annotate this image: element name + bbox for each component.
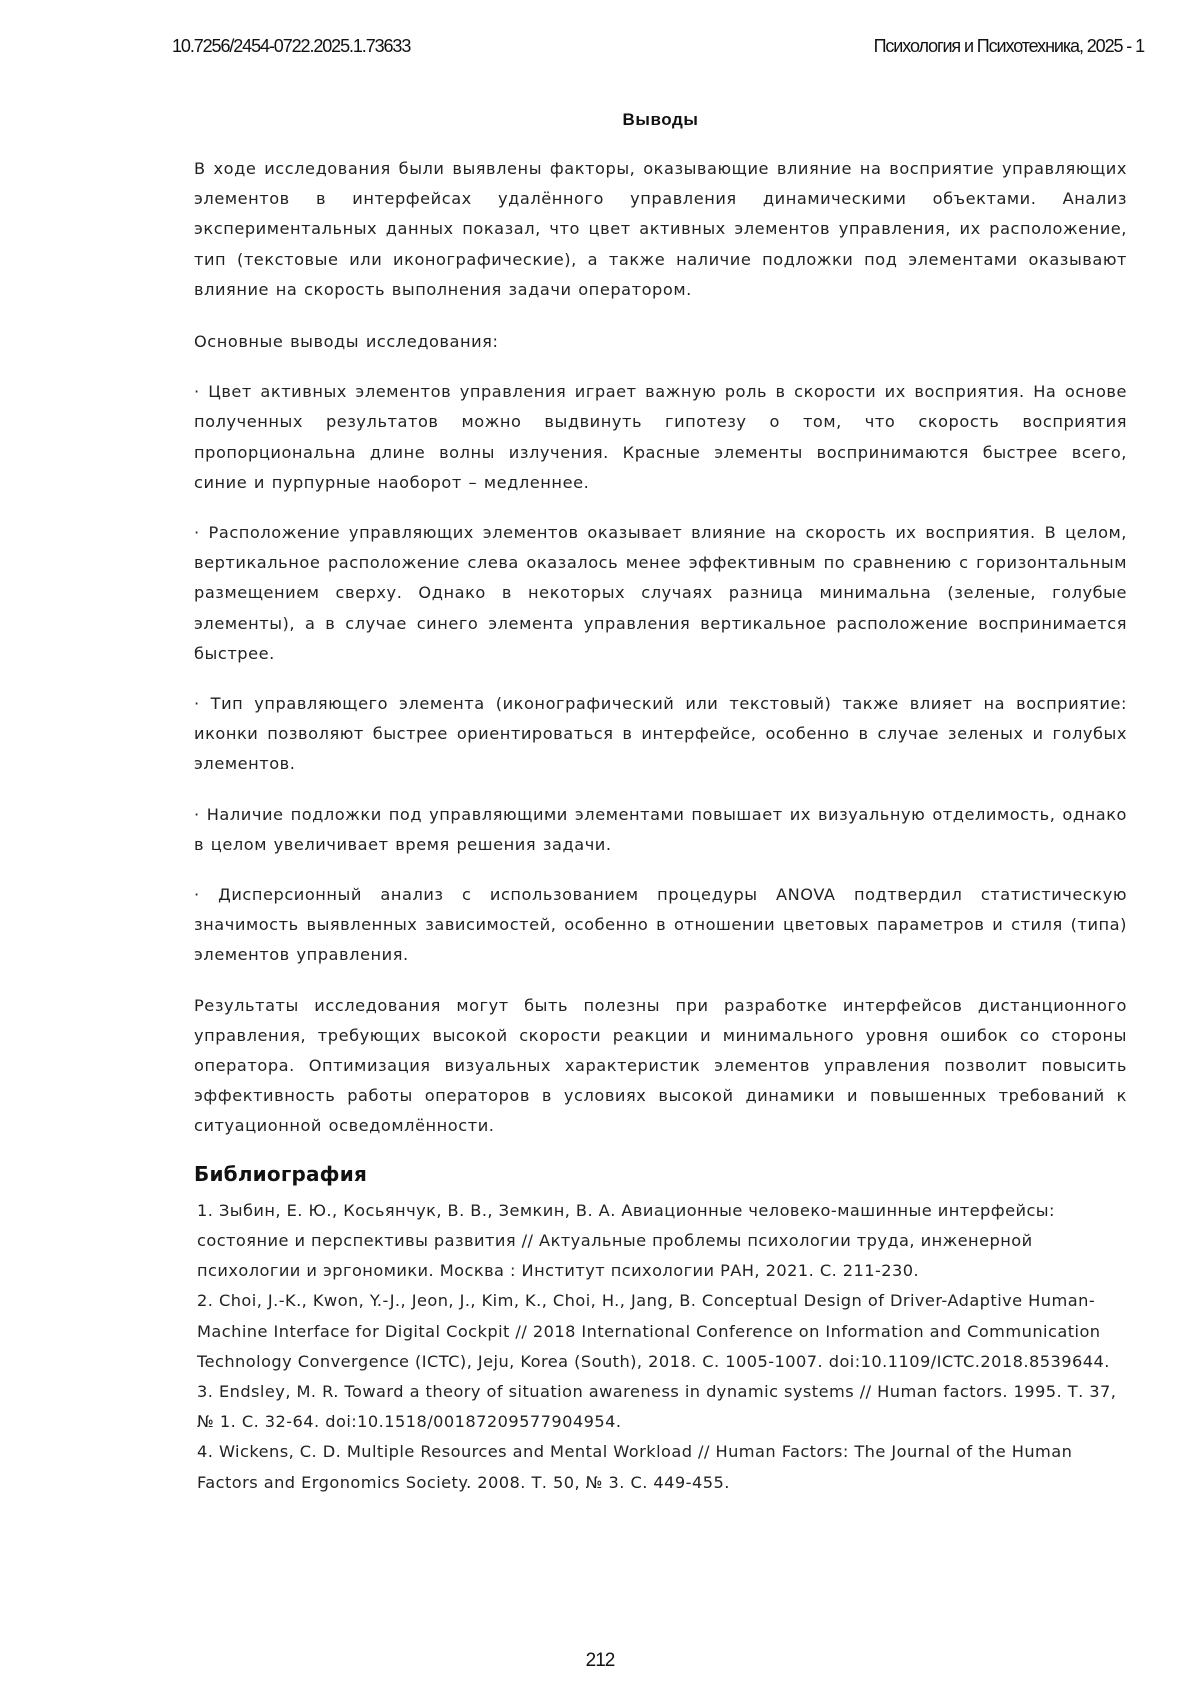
running-header: 10.7256/2454-0722.2025.1.73633 Психологи… (172, 36, 1144, 57)
bibliography-item: 1. Зыбин, Е. Ю., Косьянчук, В. В., Земки… (194, 1196, 1127, 1287)
bibliography-item: 3. Endsley, M. R. Toward a theory of sit… (194, 1377, 1127, 1437)
article-doi: 10.7256/2454-0722.2025.1.73633 (172, 36, 410, 57)
conclusion-point-type: · Тип управляющего элемента (иконографич… (194, 689, 1127, 780)
conclusions-intro: В ходе исследования были выявлены фактор… (194, 154, 1127, 305)
conclusion-point-color: · Цвет активных элементов управления игр… (194, 377, 1127, 498)
conclusion-point-position: · Расположение управляющих элементов ока… (194, 518, 1127, 669)
journal-issue: Психология и Психотехника, 2025 - 1 (874, 36, 1144, 57)
section-title-conclusions: Выводы (194, 110, 1127, 130)
bibliography-list: 1. Зыбин, Е. Ю., Косьянчук, В. В., Земки… (194, 1196, 1127, 1498)
conclusion-point-anova: · Дисперсионный анализ с использованием … (194, 880, 1127, 971)
conclusions-lead: Основные выводы исследования: (194, 327, 1127, 357)
conclusions-closing: Результаты исследования могут быть полез… (194, 991, 1127, 1142)
bibliography-item: 4. Wickens, C. D. Multiple Resources and… (194, 1437, 1127, 1497)
page-number: 212 (0, 1650, 1200, 1672)
bibliography-item: 2. Choi, J.-K., Kwon, Y.-J., Jeon, J., K… (194, 1286, 1127, 1377)
section-title-bibliography: Библиография (194, 1162, 1127, 1186)
page-content: Выводы В ходе исследования были выявлены… (194, 110, 1127, 1498)
conclusion-point-backing: · Наличие подложки под управляющими элем… (194, 800, 1127, 860)
